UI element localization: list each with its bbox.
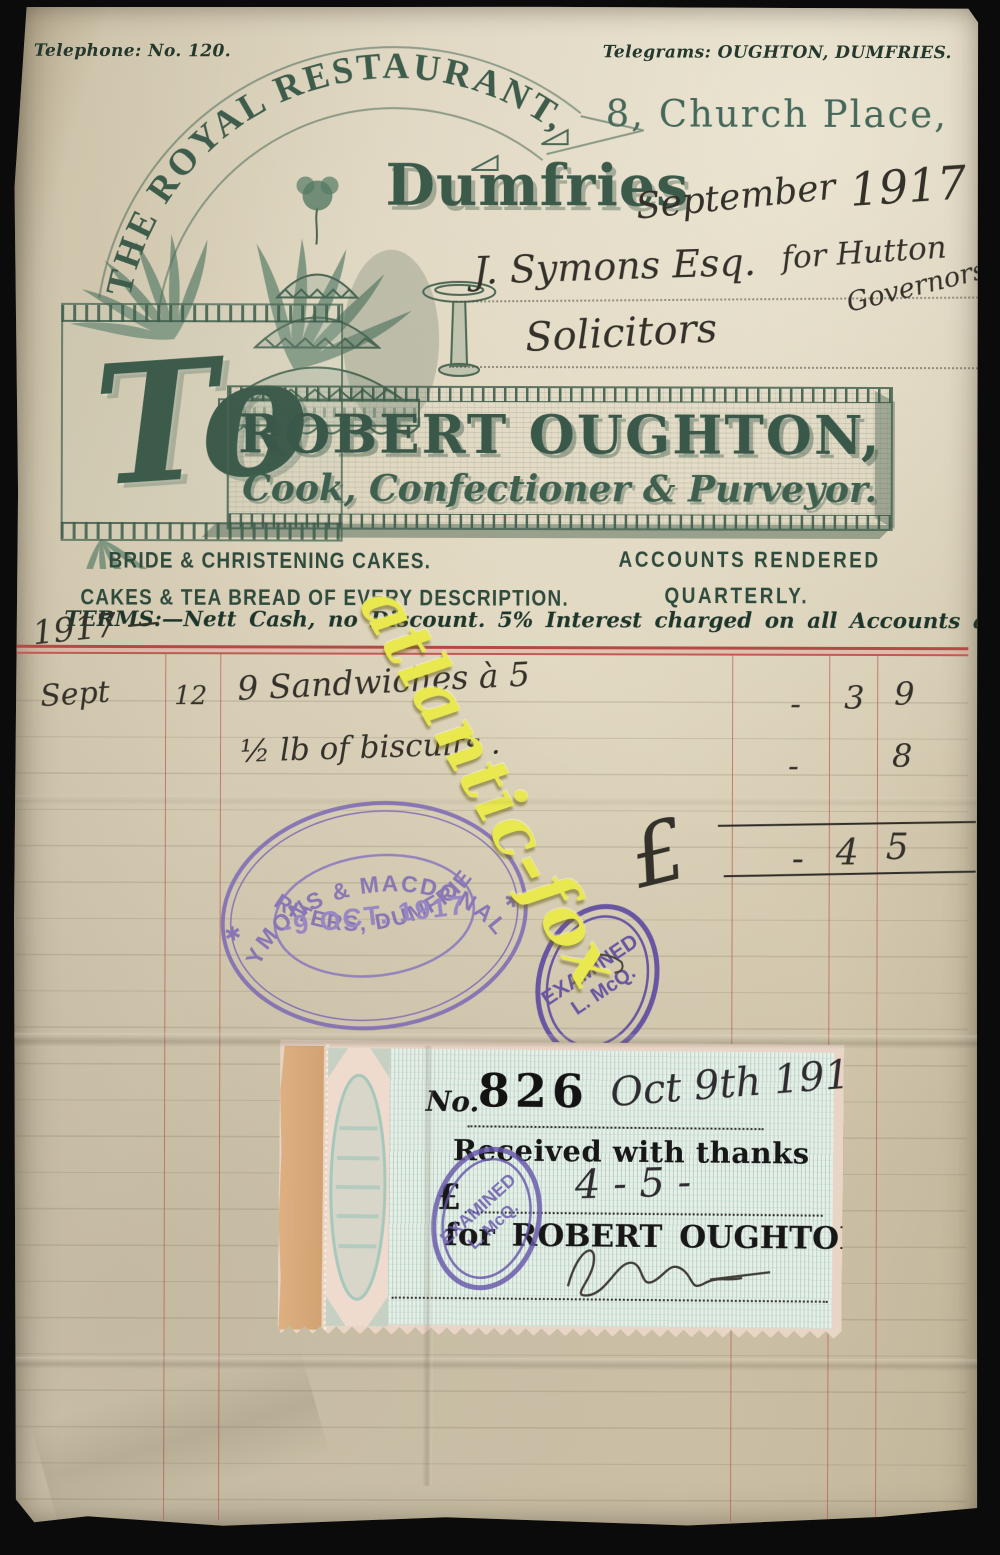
receipt-no-label: No.	[426, 1085, 480, 1119]
receipt-signature-scrawl	[560, 1238, 791, 1306]
entry-pounds: -	[790, 685, 801, 723]
accounts-line-2: QUARTERLY.	[664, 585, 809, 611]
entry-day: 12	[174, 681, 207, 711]
receipt-number: 826	[478, 1063, 590, 1118]
entry-pence: 8	[892, 737, 912, 775]
terms-line: TERMS:—Nett Cash, no Discount. 5% Intere…	[64, 607, 1000, 635]
handwritten-year: 1917	[848, 155, 968, 217]
receipt-vignette	[326, 1048, 391, 1327]
entry-pence: 9	[894, 675, 914, 713]
total-shillings: 4	[836, 833, 859, 874]
proprietor-banner: ROBERT OUGHTON, Cook, Confectioner & Pur…	[227, 385, 893, 531]
proprietor-trade: Cook, Confectioner & Purveyor.	[229, 467, 891, 511]
entry-month: Sept	[39, 675, 111, 715]
street-address: 8, Church Place,	[606, 92, 948, 136]
total-pence: 5	[886, 827, 909, 868]
receipt-stub	[278, 1045, 325, 1329]
entry-pounds: -	[788, 747, 799, 785]
services-line-1: BRIDE & CHRISTENING CAKES.	[109, 549, 432, 575]
stamp-star-icon: ✱	[223, 923, 242, 947]
red-horizontal-rule	[16, 645, 968, 656]
billhead-document: Telephone: No. 120. Telegrams: OUGHTON, …	[10, 5, 982, 1530]
entry-shillings: 3	[844, 679, 864, 717]
receipt-slip: No. 826 Oct 9th 1917 Received with thank…	[277, 1039, 844, 1338]
proprietor-name: ROBERT OUGHTON,	[229, 403, 891, 467]
handwritten-addressee: J. Symons Esq.	[473, 240, 757, 293]
receipt-handwritten-amount: 4 - 5 -	[574, 1159, 691, 1208]
handwritten-occupation: Solicitors	[524, 306, 718, 361]
accounts-line-1: ACCOUNTS RENDERED	[619, 549, 881, 575]
